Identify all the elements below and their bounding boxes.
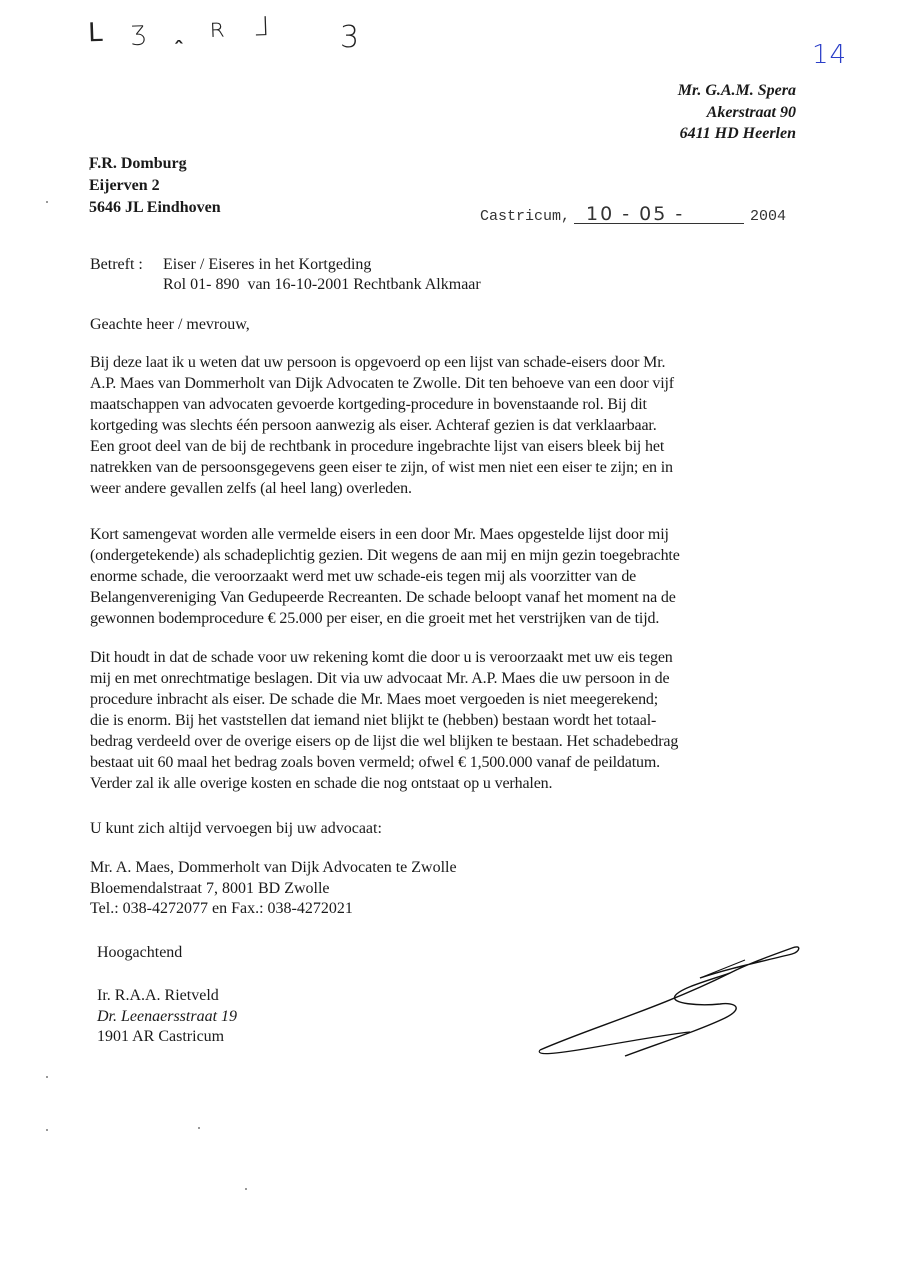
text-line: bestaat uit 60 maal het bedrag zoals bov…: [90, 752, 805, 773]
scan-speck: [46, 1129, 48, 1131]
signatory-name: Ir. R.A.A. Rietveld: [97, 986, 237, 1007]
lawyer-address: Mr. A. Maes, Dommerholt van Dijk Advocat…: [90, 858, 457, 920]
signatory-street: Dr. Leenaersstraat 19: [97, 1007, 237, 1028]
lawyer-name: Mr. A. Maes, Dommerholt van Dijk Advocat…: [90, 858, 457, 879]
subject-label: Betreft :: [90, 255, 163, 275]
text-line: maatschappen van advocaten gevoerde kort…: [90, 394, 805, 415]
lawyer-street: Bloemendalstraat 7, 8001 BD Zwolle: [90, 879, 457, 900]
date-year: 2004: [750, 208, 786, 225]
scan-speck: [245, 1188, 247, 1190]
salutation: Geachte heer / mevrouw,: [90, 316, 250, 334]
text-line: Verder zal ik alle overige kosten en sch…: [90, 773, 805, 794]
signatory-address: Ir. R.A.A. Rietveld Dr. Leenaersstraat 1…: [97, 986, 237, 1048]
contact-intro: U kunt zich altijd vervoegen bij uw advo…: [90, 820, 382, 838]
sender-address: Mr. G.A.M. Spera Akerstraat 90 6411 HD H…: [678, 80, 796, 145]
text-line: (ondergetekende) als schadeplichtig gezi…: [90, 545, 805, 566]
text-line: natrekken van de persoonsgegevens geen e…: [90, 457, 805, 478]
recipient-street: Eijerven 2: [89, 175, 221, 197]
date-place: Castricum,: [480, 208, 570, 225]
handwritten-annotation: ᒪ ʒ ꞈ ʀ ⅃: [88, 11, 280, 49]
handwritten-number: 3: [340, 20, 365, 55]
scan-speck: [198, 1127, 200, 1129]
text-line: procedure inbracht als eiser. De schade …: [90, 689, 805, 710]
sender-street: Akerstraat 90: [678, 102, 796, 124]
text-line: enorme schade, die veroorzaakt werd met …: [90, 566, 805, 587]
signatory-city: 1901 AR Castricum: [97, 1027, 237, 1048]
scan-speck: [46, 201, 48, 203]
recipient-address: F.R. Domburg Eijerven 2 5646 JL Eindhove…: [89, 153, 221, 219]
text-line: Kort samengevat worden alle vermelde eis…: [90, 524, 805, 545]
sender-city: 6411 HD Heerlen: [678, 123, 796, 145]
date-line: Castricum,10 - 05 -2004: [480, 205, 786, 225]
text-line: kortgeding was slechts één persoon aanwe…: [90, 415, 805, 436]
signature-icon: [530, 938, 810, 1063]
lawyer-phone-fax: Tel.: 038-4272077 en Fax.: 038-4272021: [90, 899, 457, 920]
text-line: gewonnen bodemprocedure € 25.000 per eis…: [90, 608, 805, 629]
text-line: die is enorm. Bij het vaststellen dat ie…: [90, 710, 805, 731]
closing: Hoogachtend: [97, 944, 182, 962]
subject-block: Betreft : Eiser / Eiseres in het Kortged…: [90, 255, 481, 295]
text-line: A.P. Maes van Dommerholt van Dijk Advoca…: [90, 373, 805, 394]
scan-speck: [46, 1076, 48, 1078]
text-line: bedrag verdeeld over de overige eisers o…: [90, 731, 805, 752]
handwritten-page-number: 14: [812, 40, 847, 70]
text-line: Dit houdt in dat de schade voor uw reken…: [90, 647, 805, 668]
handwritten-date: 10 - 05 -: [574, 205, 744, 224]
text-line: mij en met onrechtmatige beslagen. Dit v…: [90, 668, 805, 689]
text-line: Bij deze laat ik u weten dat uw persoon …: [90, 352, 805, 373]
recipient-name: F.R. Domburg: [89, 153, 221, 175]
text-line: Een groot deel van de bij de rechtbank i…: [90, 436, 805, 457]
signature: [530, 938, 810, 1068]
scan-speck: [89, 168, 91, 170]
text-line: weer andere gevallen zelfs (al heel lang…: [90, 478, 805, 499]
recipient-city: 5646 JL Eindhoven: [89, 197, 221, 219]
subject-line-2: Rol 01- 890 van 16-10-2001 Rechtbank Alk…: [163, 275, 481, 295]
text-line: Belangenvereniging Van Gedupeerde Recrea…: [90, 587, 805, 608]
subject-line-1: Eiser / Eiseres in het Kortgeding: [163, 255, 371, 275]
sender-name: Mr. G.A.M. Spera: [678, 80, 796, 102]
body-paragraph-1: Bij deze laat ik u weten dat uw persoon …: [90, 352, 805, 499]
body-paragraph-2: Kort samengevat worden alle vermelde eis…: [90, 524, 805, 629]
body-paragraph-3: Dit houdt in dat de schade voor uw reken…: [90, 647, 805, 794]
